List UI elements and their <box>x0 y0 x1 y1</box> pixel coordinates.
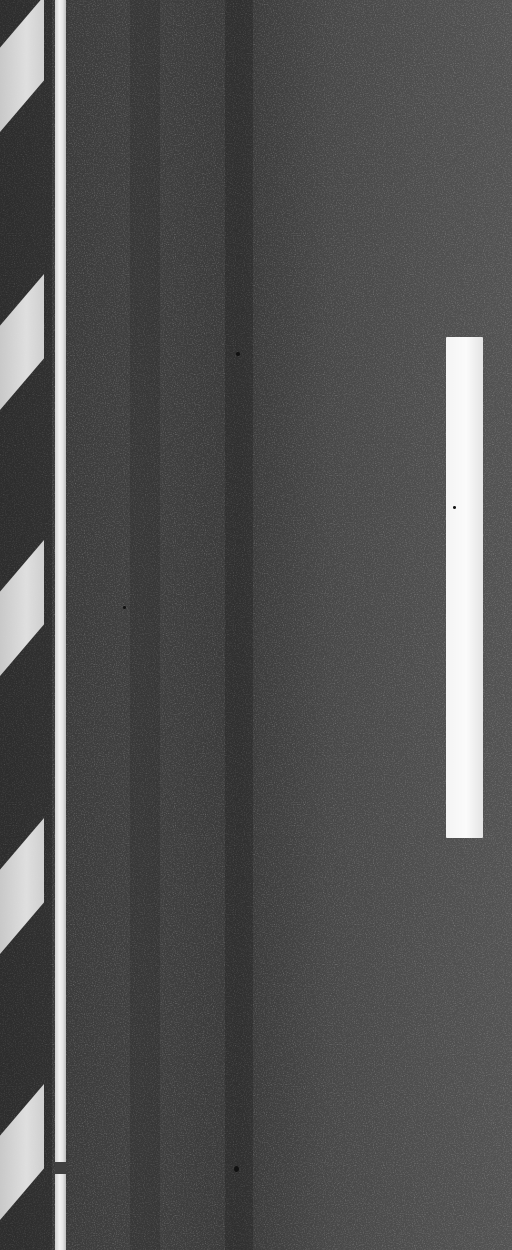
debris-spot <box>453 506 456 509</box>
lane-dash-marking <box>446 337 483 838</box>
wheel-track-left <box>130 0 160 1250</box>
debris-spot <box>234 1166 239 1172</box>
edge-line-crack <box>55 1162 66 1174</box>
edge-line-marking <box>55 0 66 1250</box>
debris-spot <box>236 352 240 356</box>
asphalt-texture <box>0 0 512 1250</box>
road-surface <box>0 0 512 1250</box>
wheel-track-right <box>225 0 253 1250</box>
debris-spot <box>123 606 126 609</box>
